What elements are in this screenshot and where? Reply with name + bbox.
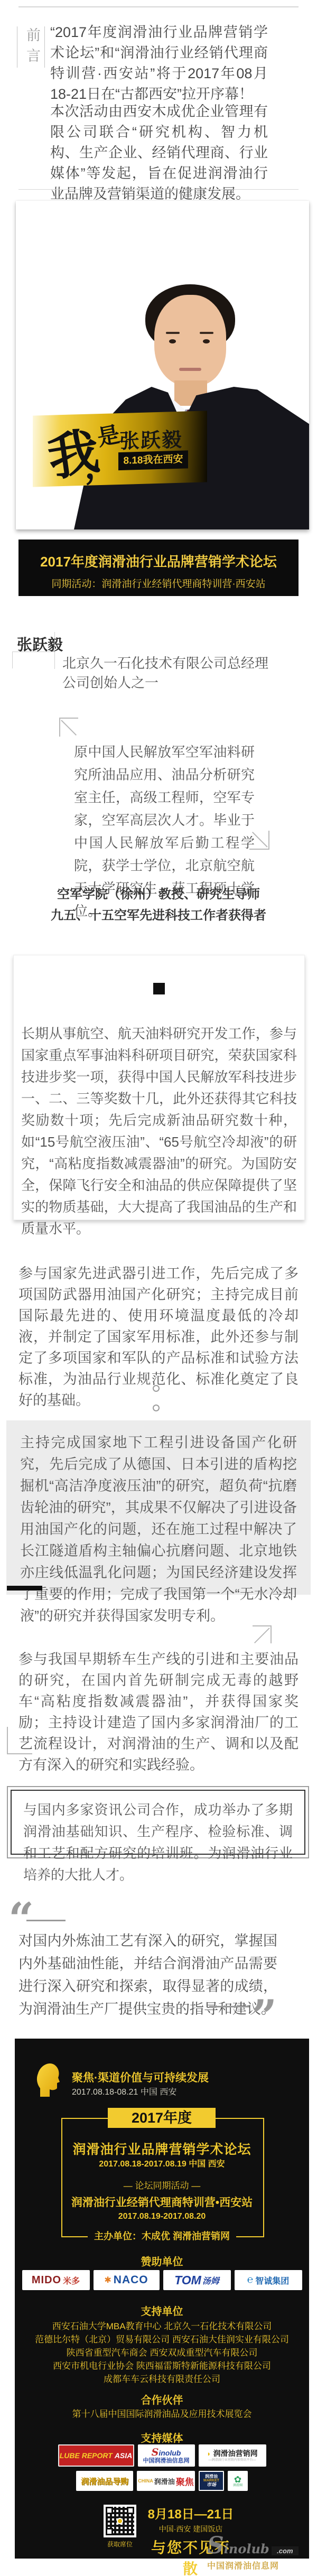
- media-logo-yingxiao: ◗ 润滑油营销网 —润滑油行业营销内参资讯平台—: [199, 2444, 266, 2467]
- speaker-role-1: 北京久一石化技术有限公司总经理: [62, 654, 268, 673]
- sponsor-logo-naco: ✱ NACO: [94, 2270, 160, 2290]
- ring-dot-icon: [153, 1405, 160, 1411]
- portrait-mouth: [179, 368, 201, 371]
- achievements-paragraph: 长期从事航空、航天油料研究开发工作，参与国家重点军事油料科研项目研究，荣获国家科…: [21, 1023, 297, 1240]
- car-production-paragraph: 参与我国早期轿车生产线的引进和主要油品的研究，在国内首先研制完成无毒的越野车“高…: [18, 1649, 299, 1775]
- poster-host-line: 主办单位：木成优 润滑油营销网: [88, 2229, 236, 2243]
- supporter-line: 成都车车云科技有限责任公司: [15, 2373, 309, 2386]
- square-bullet-icon: [153, 983, 165, 994]
- sinolub-cn: 中国润滑油信息网: [143, 2458, 190, 2464]
- black-accent-bar: [7, 1586, 42, 1591]
- year-badge: 2017年度: [108, 2108, 216, 2128]
- qr-center-logo: [117, 2518, 123, 2524]
- mido-cn: 米多: [63, 2274, 80, 2286]
- portrait-face: [154, 295, 226, 386]
- supporter-line: 西安市机电行业协会 陕西福雷斯特新能源科技有限公司: [15, 2359, 309, 2373]
- close-quote-rule: [209, 2006, 249, 2007]
- media-logo-daogou: 润滑油品导购: [76, 2471, 133, 2491]
- supporter-line: 西安石油大学MBA教育中心 北京久一石化技术有限公司: [15, 2320, 309, 2333]
- achievements-card: 长期从事航空、航天油料研究开发工作，参与国家重点军事油料科研项目研究，荣获国家科…: [13, 955, 305, 1220]
- training-paragraph: 与国内多家资讯公司合作，成功举办了多期润滑油基础知识、生产程序、检验标准、调和工…: [12, 1791, 304, 1886]
- preface-paragraph-1: “2017年度润滑油行业品牌营销学术论坛”和“润滑油行业经销代理商特训营·西安站…: [50, 22, 268, 105]
- underground-project-paragraph: 主持完成国家地下工程引进设备国产化研究，先后完成了从德国、日本引进的盾构挖掘机“…: [20, 1432, 297, 1627]
- banner-name: 张跃毅: [119, 423, 183, 454]
- sponsor-logo-zhicheng: ℮ 智诚集团: [235, 2270, 302, 2290]
- watermark-rest: inolub: [224, 2541, 269, 2556]
- qr-code: [104, 2505, 136, 2537]
- sponsor-logo-tom: TOM 汤姆: [163, 2270, 231, 2290]
- partner-heading: 合作伙伴: [15, 2392, 309, 2407]
- speaker-rule-left: [12, 652, 13, 668]
- media-logo-sinolub: Sinolub 中国润滑油信息网: [138, 2444, 195, 2467]
- ring-dot-icon: [153, 1385, 160, 1392]
- preface-label: 前言: [22, 27, 43, 69]
- china-cn: 润滑油: [154, 2476, 175, 2486]
- sinolub-rest: inolub: [158, 2449, 181, 2457]
- media-heading: 支持媒体: [15, 2430, 309, 2445]
- corner-bracket-top-left: [59, 718, 78, 737]
- poster-side-label: — 论坛同期活动 —: [15, 2178, 309, 2191]
- china-latin: CHINA: [138, 2478, 153, 2484]
- gear-icon: ✿: [234, 2475, 241, 2484]
- mido-latin: MIDO: [32, 2274, 61, 2286]
- support-heading: 支持单位: [15, 2303, 309, 2318]
- poster-camp-title: 润滑油行业经销代理商特训营•西安站: [15, 2194, 309, 2210]
- media-logo-row-1: LUBE REPORT ASIA Sinolub 中国润滑油信息网 ◗ 润滑油营…: [15, 2444, 309, 2467]
- banner-shi: 是: [95, 417, 122, 452]
- honor-line-1: 空军学院（徐州）教授、研究生导师: [0, 884, 317, 902]
- forum-title: 2017年度润滑油行业品牌营销学术论坛: [18, 551, 299, 571]
- portrait-brow-right: [200, 332, 213, 334]
- underground-project-block: 主持完成国家地下工程引进设备国产化研究，先后完成了从德国、日本引进的盾构挖掘机“…: [6, 1420, 311, 1595]
- preface-left-rule: [17, 26, 17, 68]
- circle-cn: 润滑圈: [233, 2484, 243, 2487]
- watermark-cn: 中国润滑油信息网: [207, 2559, 307, 2571]
- swirl-e-icon: ℮: [247, 2274, 253, 2286]
- qr-caption: 获取席位: [99, 2540, 141, 2549]
- market-cn1: 润滑油: [205, 2475, 218, 2479]
- open-quote-rule: [26, 1920, 66, 1921]
- name-banner: 我 ， 是 张跃毅 8.18我在西安: [33, 411, 207, 487]
- zhicheng-cn: 智诚集团: [255, 2274, 289, 2286]
- sinolub-s: S: [152, 2447, 159, 2458]
- article-page: 前言 “2017年度润滑油行业品牌营销学术论坛”和“润滑油行业经销代理商特训营·…: [0, 0, 317, 2576]
- tom-latin: TOM: [174, 2273, 201, 2287]
- portrait-brow-left: [166, 332, 180, 334]
- market-cn2: 市场: [207, 2482, 216, 2487]
- speaker-photo-card: 我 ， 是 张跃毅 8.18我在西安: [16, 201, 309, 529]
- forum-subtitle: 同期活动：润滑油行业经销代理商特训营·西安站: [18, 576, 299, 590]
- yingxiao-sub: —润滑油行业营销内参资讯平台—: [208, 2459, 256, 2462]
- final-date: 8月18日—21日: [146, 2504, 236, 2522]
- event-poster: 聚焦·渠道价值与可持续发展 2017.08.18-08.21 中国 西安 201…: [15, 2039, 309, 2559]
- naco-latin: NACO: [114, 2274, 148, 2286]
- supporter-line: 范德比尔特（北京）贸易有限公司 西安石油大佳润实业有限公司: [15, 2333, 309, 2346]
- banner-date-strip: 8.18我在西安: [118, 450, 188, 470]
- poster-host-row: 主办单位：木成优 润滑油营销网: [15, 2229, 309, 2243]
- lube-report-text: LUBE REPORT: [60, 2451, 113, 2460]
- sinolub-watermark: Sinolub .com 中国润滑油信息网: [207, 2532, 307, 2571]
- partner-line: 第十八届中国国际润滑油品及应用技术展览会: [15, 2406, 309, 2420]
- watermark-com: .com: [272, 2546, 298, 2555]
- tom-cn: 汤姆: [202, 2274, 219, 2286]
- daogou-text: 润滑油品导购: [81, 2476, 128, 2487]
- yingxiao-text: 润滑油营销网: [213, 2449, 258, 2458]
- watermark-s: S: [207, 2532, 224, 2559]
- media-logo-row-2: 润滑油品导购 CHINA 润滑油 聚焦 润滑油 MARKET 市场 ✿ 润滑圈: [15, 2471, 309, 2491]
- lube-asia-text: ASIA: [115, 2451, 132, 2460]
- media-logo-china-focus: CHINA 润滑油 聚焦: [137, 2471, 195, 2491]
- honor-line-2: 九五、十五空军先进科技工作者获得者: [0, 905, 317, 923]
- poster-camp-date: 2017.08.19-2017.08.20: [15, 2212, 309, 2221]
- top-divider: [18, 6, 299, 7]
- speaker-rule-horizontal: [12, 652, 54, 652]
- naco-flower-icon: ✱: [104, 2275, 111, 2285]
- poster-slogan-date: 2017.08.18-08.21 中国 西安: [72, 2085, 176, 2097]
- close-quote-icon: ”: [251, 2001, 277, 2032]
- speaker-rule-vertical: [54, 632, 55, 669]
- sponsor-logo-row: MIDO 米多 ✱ NACO TOM 汤姆 ℮ 智诚集团: [15, 2270, 309, 2290]
- section-divider: [18, 189, 299, 190]
- preface-right-rule: [44, 26, 45, 68]
- portrait-eye-left: [169, 339, 176, 343]
- media-logo-market: 润滑油 MARKET 市场: [199, 2471, 224, 2491]
- supporter-line: 陕西省重型汽车商会 西安双成重型汽车有限公司: [15, 2346, 309, 2359]
- sponsor-logo-mido: MIDO 米多: [22, 2270, 90, 2290]
- training-box: 与国内多家资讯公司合作，成功举办了多期润滑油基础知识、生产程序、检验标准、调和工…: [7, 1786, 309, 1858]
- poster-slogan: 聚焦·渠道价值与可持续发展: [72, 2069, 209, 2085]
- forum-title-banner: 2017年度润滑油行业品牌营销学术论坛 同期活动：润滑油行业经销代理商特训营·西…: [18, 540, 299, 596]
- corner-bracket-top-right: [253, 1625, 272, 1643]
- poster-forum-title: 润滑油行业品牌营销学术论坛: [15, 2139, 309, 2158]
- head-profile-mini-icon: ◗: [207, 2450, 211, 2458]
- media-logo-circle: ✿ 润滑圈: [228, 2471, 248, 2491]
- portrait-eye-right: [203, 339, 210, 343]
- media-logo-lube-report: LUBE REPORT ASIA: [58, 2444, 134, 2467]
- sponsor-heading: 赞助单位: [15, 2253, 309, 2268]
- poster-forum-date: 2017.08.18-2017.08.19 中国 西安: [15, 2157, 309, 2169]
- china-red: 聚焦: [176, 2475, 194, 2488]
- head-profile-icon: [36, 2062, 60, 2097]
- speaker-role-2: 公司创始人之一: [62, 673, 158, 692]
